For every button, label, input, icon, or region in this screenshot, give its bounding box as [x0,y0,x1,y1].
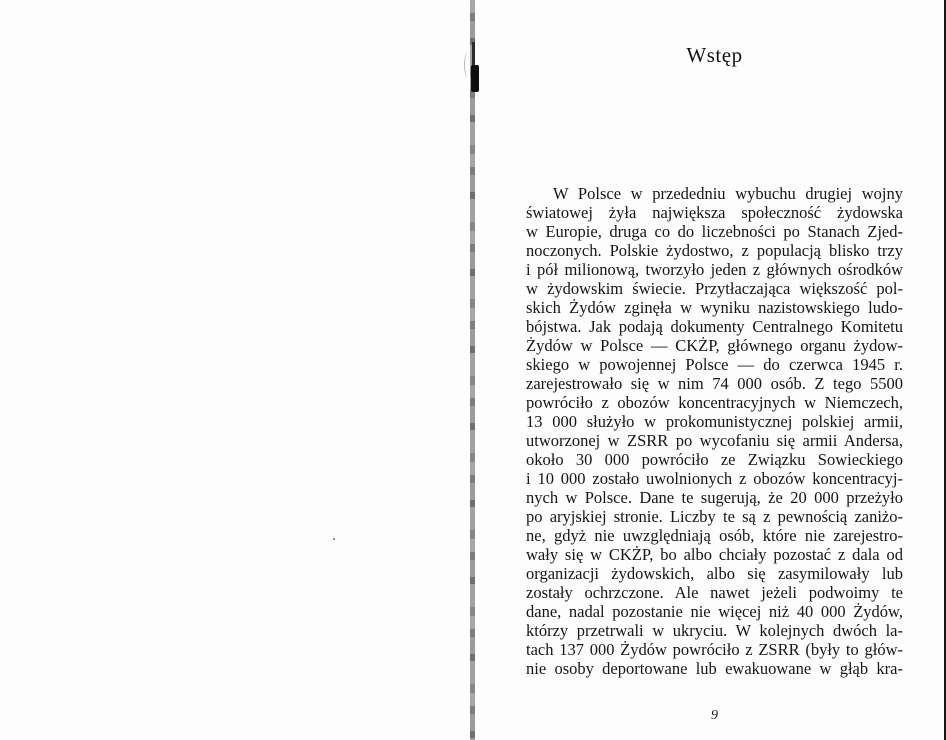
text-line: w Europie, druga co do liczebności po St… [526,222,903,241]
text-line: zarejestrowało się w nim 74 000 osób. Z … [526,374,903,393]
scanned-book-spread: Wstęp W Polsce w przededniu wybuchu drug… [0,0,946,740]
dust-speck [333,538,335,540]
text-line: skiego w powojennej Polsce — do czerwca … [526,355,903,374]
text-line: Żydów w Polsce — CKŻP, głównego organu ż… [526,336,903,355]
text-line: tach 137 000 Żydów powróciło z ZSRR (był… [526,640,903,659]
text-line: nie osoby deportowane lub ewakuowane w g… [526,659,903,678]
body-text-block: W Polsce w przededniu wybuchu drugiej wo… [526,184,903,678]
spine-dark-dash [472,42,475,67]
text-line: ne, gdyż nie uwzględniają osób, które ni… [526,526,903,545]
text-line: dane, nadal pozostanie nie więcej niż 40… [526,602,903,621]
text-line: 13 000 służyło w prokomunistycznej polsk… [526,412,903,431]
text-line: około 30 000 powróciło ze Związku Sowiec… [526,450,903,469]
text-line: utworzonej w ZSRR po wycofaniu się armii… [526,431,903,450]
text-line: światowej żyła największa społeczność ży… [526,203,903,222]
text-line: skich Żydów zginęła w wyniku nazistowski… [526,298,903,317]
page-title: Wstęp [526,43,903,68]
spine-ink-blob [471,65,479,92]
text-line: w żydowskim świecie. Przytłaczająca więk… [526,279,903,298]
text-line: noczonych. Polskie żydostwo, z populacją… [526,241,903,260]
text-line: po aryjskiej stronie. Liczby te są z pew… [526,507,903,526]
text-line: W Polsce w przededniu wybuchu drugiej wo… [526,184,903,203]
text-line: zostały ochrzczone. Ale nawet jeżeli pod… [526,583,903,602]
text-line: którzy przetrwali w ukryciu. W kolejnych… [526,621,903,640]
text-line: powróciło z obozów koncentracyjnych w Ni… [526,393,903,412]
left-blank-page [0,0,470,740]
book-spine-gutter [470,0,475,740]
text-line: i pół milionową, tworzyło jeden z główny… [526,260,903,279]
page-number: 9 [526,708,903,724]
text-line: organizacji żydowskich, albo się zasymil… [526,564,903,583]
text-line: nych w Polsce. Dane te sugerują, że 20 0… [526,488,903,507]
text-line: i 10 000 zostało uwolnionych z obozów ko… [526,469,903,488]
text-line: bójstwa. Jak podają dokumenty Centralneg… [526,317,903,336]
text-line: wały się w CKŻP, bo albo chciały pozosta… [526,545,903,564]
